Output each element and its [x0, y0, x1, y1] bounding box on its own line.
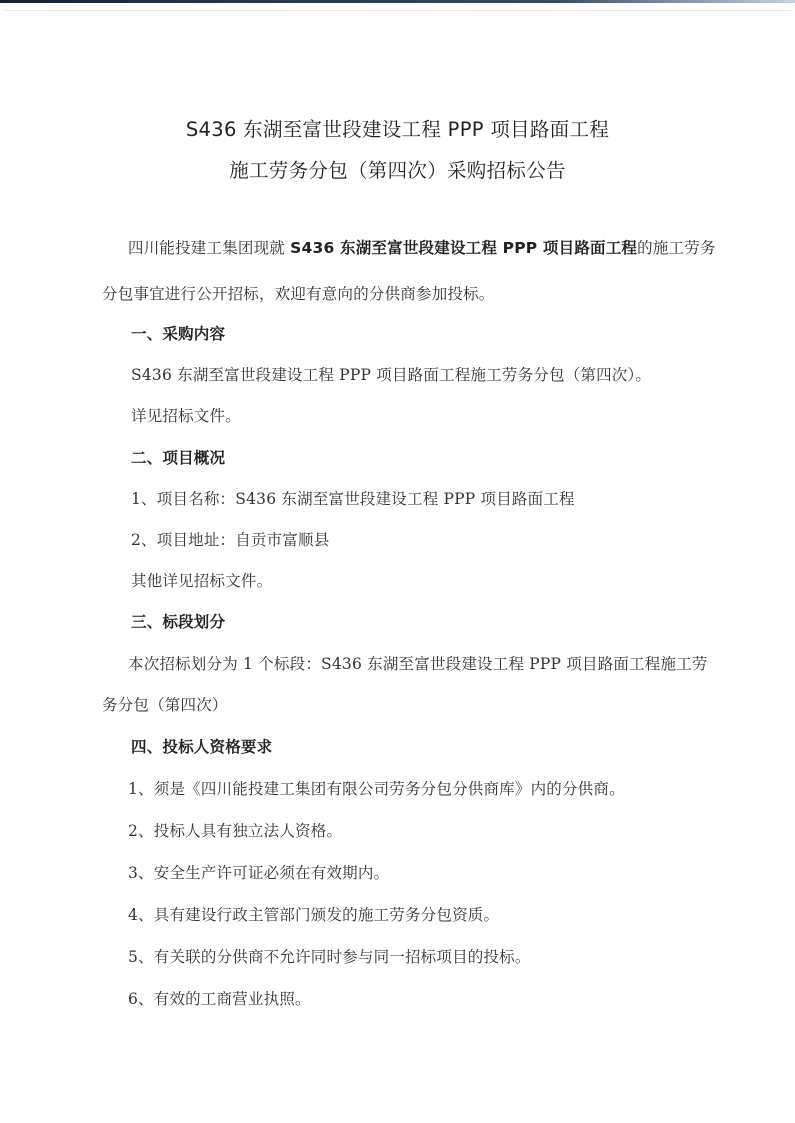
- section4-heading: 四、投标人资格要求: [131, 735, 272, 757]
- requirement-item-3: 3、安全生产许可证必须在有效期内。: [128, 861, 389, 883]
- section2-line1: 1、项目名称：S436 东湖至富世段建设工程 PPP 项目路面工程: [131, 487, 575, 509]
- requirement-item-5: 5、有关联的分供商不允许同时参与同一招标项目的投标。: [128, 945, 531, 967]
- section2-line3: 其他详见招标文件。: [131, 569, 272, 591]
- section2-line2: 2、项目地址：自贡市富顺县: [131, 528, 329, 550]
- intro-paragraph-line2: 分包事宜进行公开招标，欢迎有意向的分供商参加投标。: [102, 282, 495, 304]
- requirement-item-1: 1、须是《四川能投建工集团有限公司劳务分包分供商库》内的分供商。: [128, 777, 625, 799]
- section1-line1: S436 东湖至富世段建设工程 PPP 项目路面工程施工劳务分包（第四次）。: [131, 363, 651, 385]
- scan-edge-line: [4, 10, 791, 11]
- section2-heading: 二、项目概况: [131, 446, 225, 468]
- intro-project-name: S436 东湖至富世段建设工程 PPP 项目路面工程: [290, 239, 637, 257]
- section1-line2: 详见招标文件。: [131, 404, 241, 426]
- intro-prefix: 四川能投建工集团现就: [128, 239, 290, 257]
- document-title-line1: S436 东湖至富世段建设工程 PPP 项目路面工程: [0, 114, 795, 142]
- section1-heading: 一、采购内容: [131, 322, 225, 344]
- section3-line1: 本次招标划分为 1 个标段：S436 东湖至富世段建设工程 PPP 项目路面工程…: [128, 652, 708, 674]
- section3-heading: 三、标段划分: [131, 610, 225, 632]
- intro-paragraph-line1: 四川能投建工集团现就 S436 东湖至富世段建设工程 PPP 项目路面工程的施工…: [128, 236, 716, 258]
- requirement-item-2: 2、投标人具有独立法人资格。: [128, 819, 342, 841]
- scan-edge: [0, 0, 795, 3]
- requirement-item-6: 6、有效的工商营业执照。: [128, 987, 311, 1009]
- section3-line2: 务分包（第四次）: [102, 693, 228, 715]
- intro-suffix: 的施工劳务: [637, 239, 716, 257]
- document-title-line2: 施工劳务分包（第四次）采购招标公告: [0, 155, 795, 183]
- requirement-item-4: 4、具有建设行政主管部门颁发的施工劳务分包资质。: [128, 903, 499, 925]
